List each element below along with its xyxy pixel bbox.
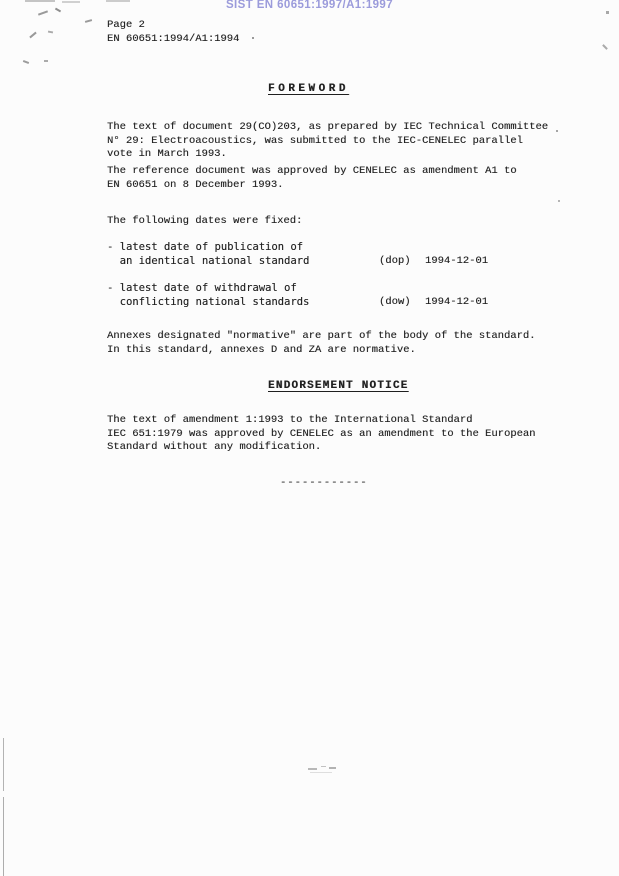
foreword-heading: FOREWORD [268,83,349,97]
scan-edge-line [3,797,4,876]
scan-edge-line [3,738,4,791]
scan-noise-mark [106,0,130,2]
scan-noise-mark [321,766,326,767]
foreword-paragraph-2: The reference document was approved by C… [107,165,517,192]
scan-noise-mark [308,768,317,770]
scan-noise-mark [48,31,53,34]
dates-intro-line: The following dates were fixed: [107,215,302,229]
watermark-text: SIST EN 60651:1997/A1:1997 [0,0,619,12]
scanned-document-page: SIST EN 60651:1997/A1:1997 Page 2 EN 606… [0,0,619,876]
date-row-dop: - latest date of publication of an ident… [107,241,567,268]
scan-noise-mark [25,0,55,2]
document-reference: EN 60651:1994/A1:1994 [107,33,239,47]
page-number: Page 2 [107,19,145,33]
scan-noise-mark [29,32,36,39]
endorsement-heading: ENDORSEMENT NOTICE [268,380,408,394]
endorsement-paragraph: The text of amendment 1:1993 to the Inte… [107,414,535,455]
scan-noise-mark [558,200,560,202]
date-key-dow: (dow) [379,296,411,310]
date-value-dop: 1994-12-01 [425,255,488,269]
date-label-dop: - latest date of publication of an ident… [107,241,309,268]
scan-noise-mark [606,11,609,14]
scan-noise-mark [44,60,48,62]
date-value-dow: 1994-12-01 [425,296,488,310]
scan-noise-mark [62,1,80,3]
scan-noise-mark [329,767,336,769]
foreword-paragraph-1: The text of document 29(CO)203, as prepa… [107,121,548,162]
date-row-dow: - latest date of withdrawal of conflicti… [107,282,567,309]
scan-noise-mark [23,60,29,64]
date-label-dow: - latest date of withdrawal of conflicti… [107,282,309,309]
end-separator-dashes: ------------ [280,477,368,491]
date-key-dop: (dop) [379,255,411,269]
scan-noise-mark [85,19,92,23]
scan-noise-mark [602,44,608,50]
scan-noise-mark [310,772,332,773]
annexes-note: Annexes designated "normative" are part … [107,330,535,357]
scan-noise-mark [556,130,558,132]
scan-noise-mark [252,37,254,39]
